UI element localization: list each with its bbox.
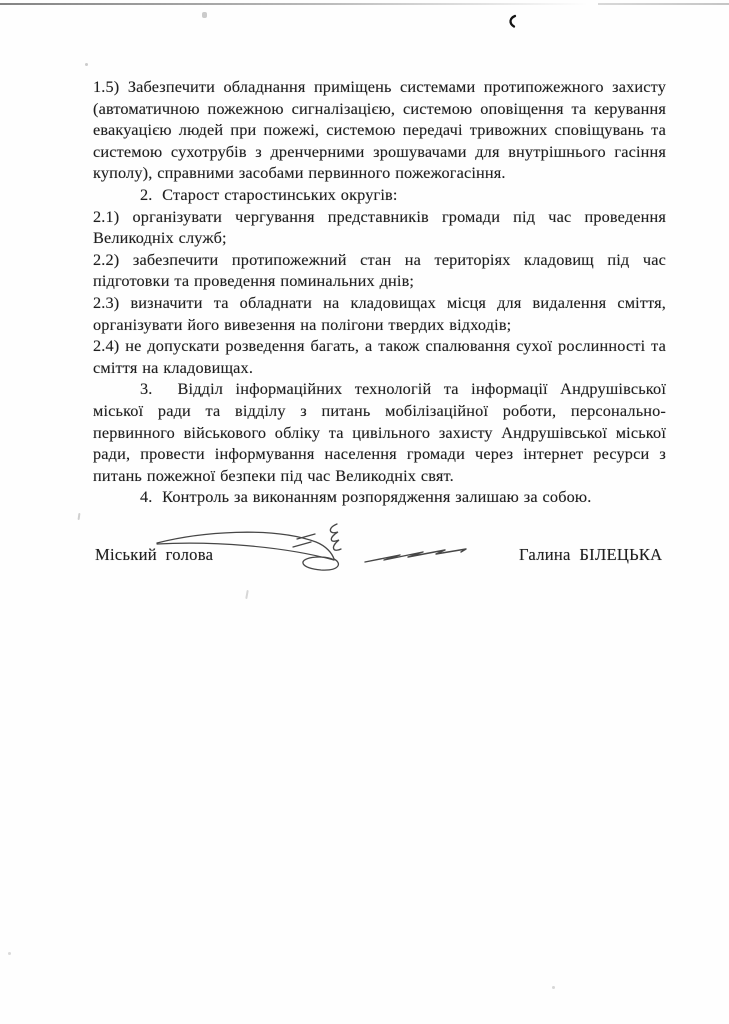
document-page: 1.5) Забезпечити обладнання приміщень си…	[0, 0, 729, 1024]
scan-ink-mark	[506, 14, 518, 29]
signature-ink	[140, 513, 490, 593]
paragraph-2-2: 2.2) забезпечити протипожежний стан на т…	[93, 249, 666, 292]
signatory-name: Галина БІЛЕЦЬКА	[519, 545, 662, 565]
scan-speck	[202, 12, 207, 18]
paragraph-2: 2. Старост старостинських округів:	[93, 184, 666, 206]
paragraph-4: 4. Контроль за виконанням розпорядження …	[93, 486, 666, 508]
paragraph-1-5: 1.5) Забезпечити обладнання приміщень си…	[93, 76, 666, 184]
paragraph-2-4: 2.4) не допускати розведення багать, а т…	[93, 335, 666, 378]
scan-edge-line	[0, 3, 588, 5]
scan-speck	[8, 952, 11, 955]
scan-speck	[78, 513, 81, 520]
paragraph-3: 3. Відділ інформаційних технологій та ін…	[93, 378, 666, 486]
paragraph-2-1: 2.1) організувати чергування представник…	[93, 206, 666, 249]
scan-edge-line	[598, 3, 729, 5]
document-body: 1.5) Забезпечити обладнання приміщень си…	[93, 76, 666, 508]
scan-speck	[552, 986, 555, 989]
paragraph-2-3: 2.3) визначити та обладнати на кладовища…	[93, 292, 666, 335]
scan-speck	[85, 63, 88, 66]
